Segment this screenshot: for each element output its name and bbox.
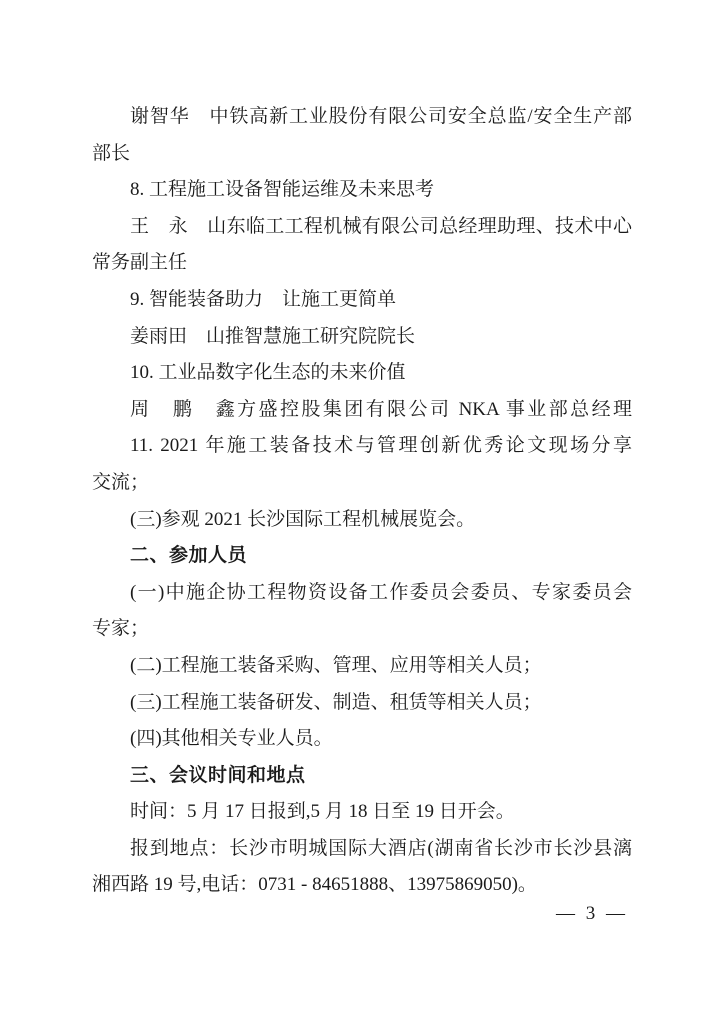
document-body: 谢智华 中铁高新工业股份有限公司安全总监/安全生产部部长8. 工程施工设备智能运… (92, 99, 632, 904)
text-line: (三)工程施工装备研发、制造、租赁等相关人员； (92, 685, 632, 722)
document-page: 谢智华 中铁高新工业股份有限公司安全总监/安全生产部部长8. 工程施工设备智能运… (0, 0, 724, 1024)
text-line: 谢智华 中铁高新工业股份有限公司安全总监/安全生产部 (92, 99, 632, 136)
text-line: 姜雨田 山推智慧施工研究院院长 (92, 319, 632, 356)
text-line: 二、参加人员 (92, 538, 632, 575)
page-number: — 3 — (556, 903, 628, 925)
text-line: (一)中施企协工程物资设备工作委员会委员、专家委员会 (92, 575, 632, 612)
text-line: 时间：5 月 17 日报到,5 月 18 日至 19 日开会。 (92, 794, 632, 831)
text-line: (四)其他相关专业人员。 (92, 721, 632, 758)
text-line: (三)参观 2021 长沙国际工程机械展览会。 (92, 502, 632, 539)
text-line: 部长 (92, 136, 632, 173)
text-line: 常务副主任 (92, 245, 632, 282)
text-line: (二)工程施工装备采购、管理、应用等相关人员； (92, 648, 632, 685)
text-line: 9. 智能装备助力 让施工更简单 (92, 282, 632, 319)
text-line: 湘西路 19 号,电话：0731 - 84651888、13975869050)… (92, 867, 632, 904)
text-line: 8. 工程施工设备智能运维及未来思考 (92, 172, 632, 209)
text-line: 王 永 山东临工工程机械有限公司总经理助理、技术中心 (92, 209, 632, 246)
text-line: 周 鹏 鑫方盛控股集团有限公司 NKA 事业部总经理 (92, 392, 632, 429)
text-line: 报到地点：长沙市明城国际大酒店(湖南省长沙市长沙县漓 (92, 831, 632, 868)
text-line: 11. 2021 年施工装备技术与管理创新优秀论文现场分享 (92, 428, 632, 465)
text-line: 专家； (92, 611, 632, 648)
text-line: 10. 工业品数字化生态的未来价值 (92, 355, 632, 392)
text-line: 三、会议时间和地点 (92, 758, 632, 795)
text-line: 交流； (92, 465, 632, 502)
